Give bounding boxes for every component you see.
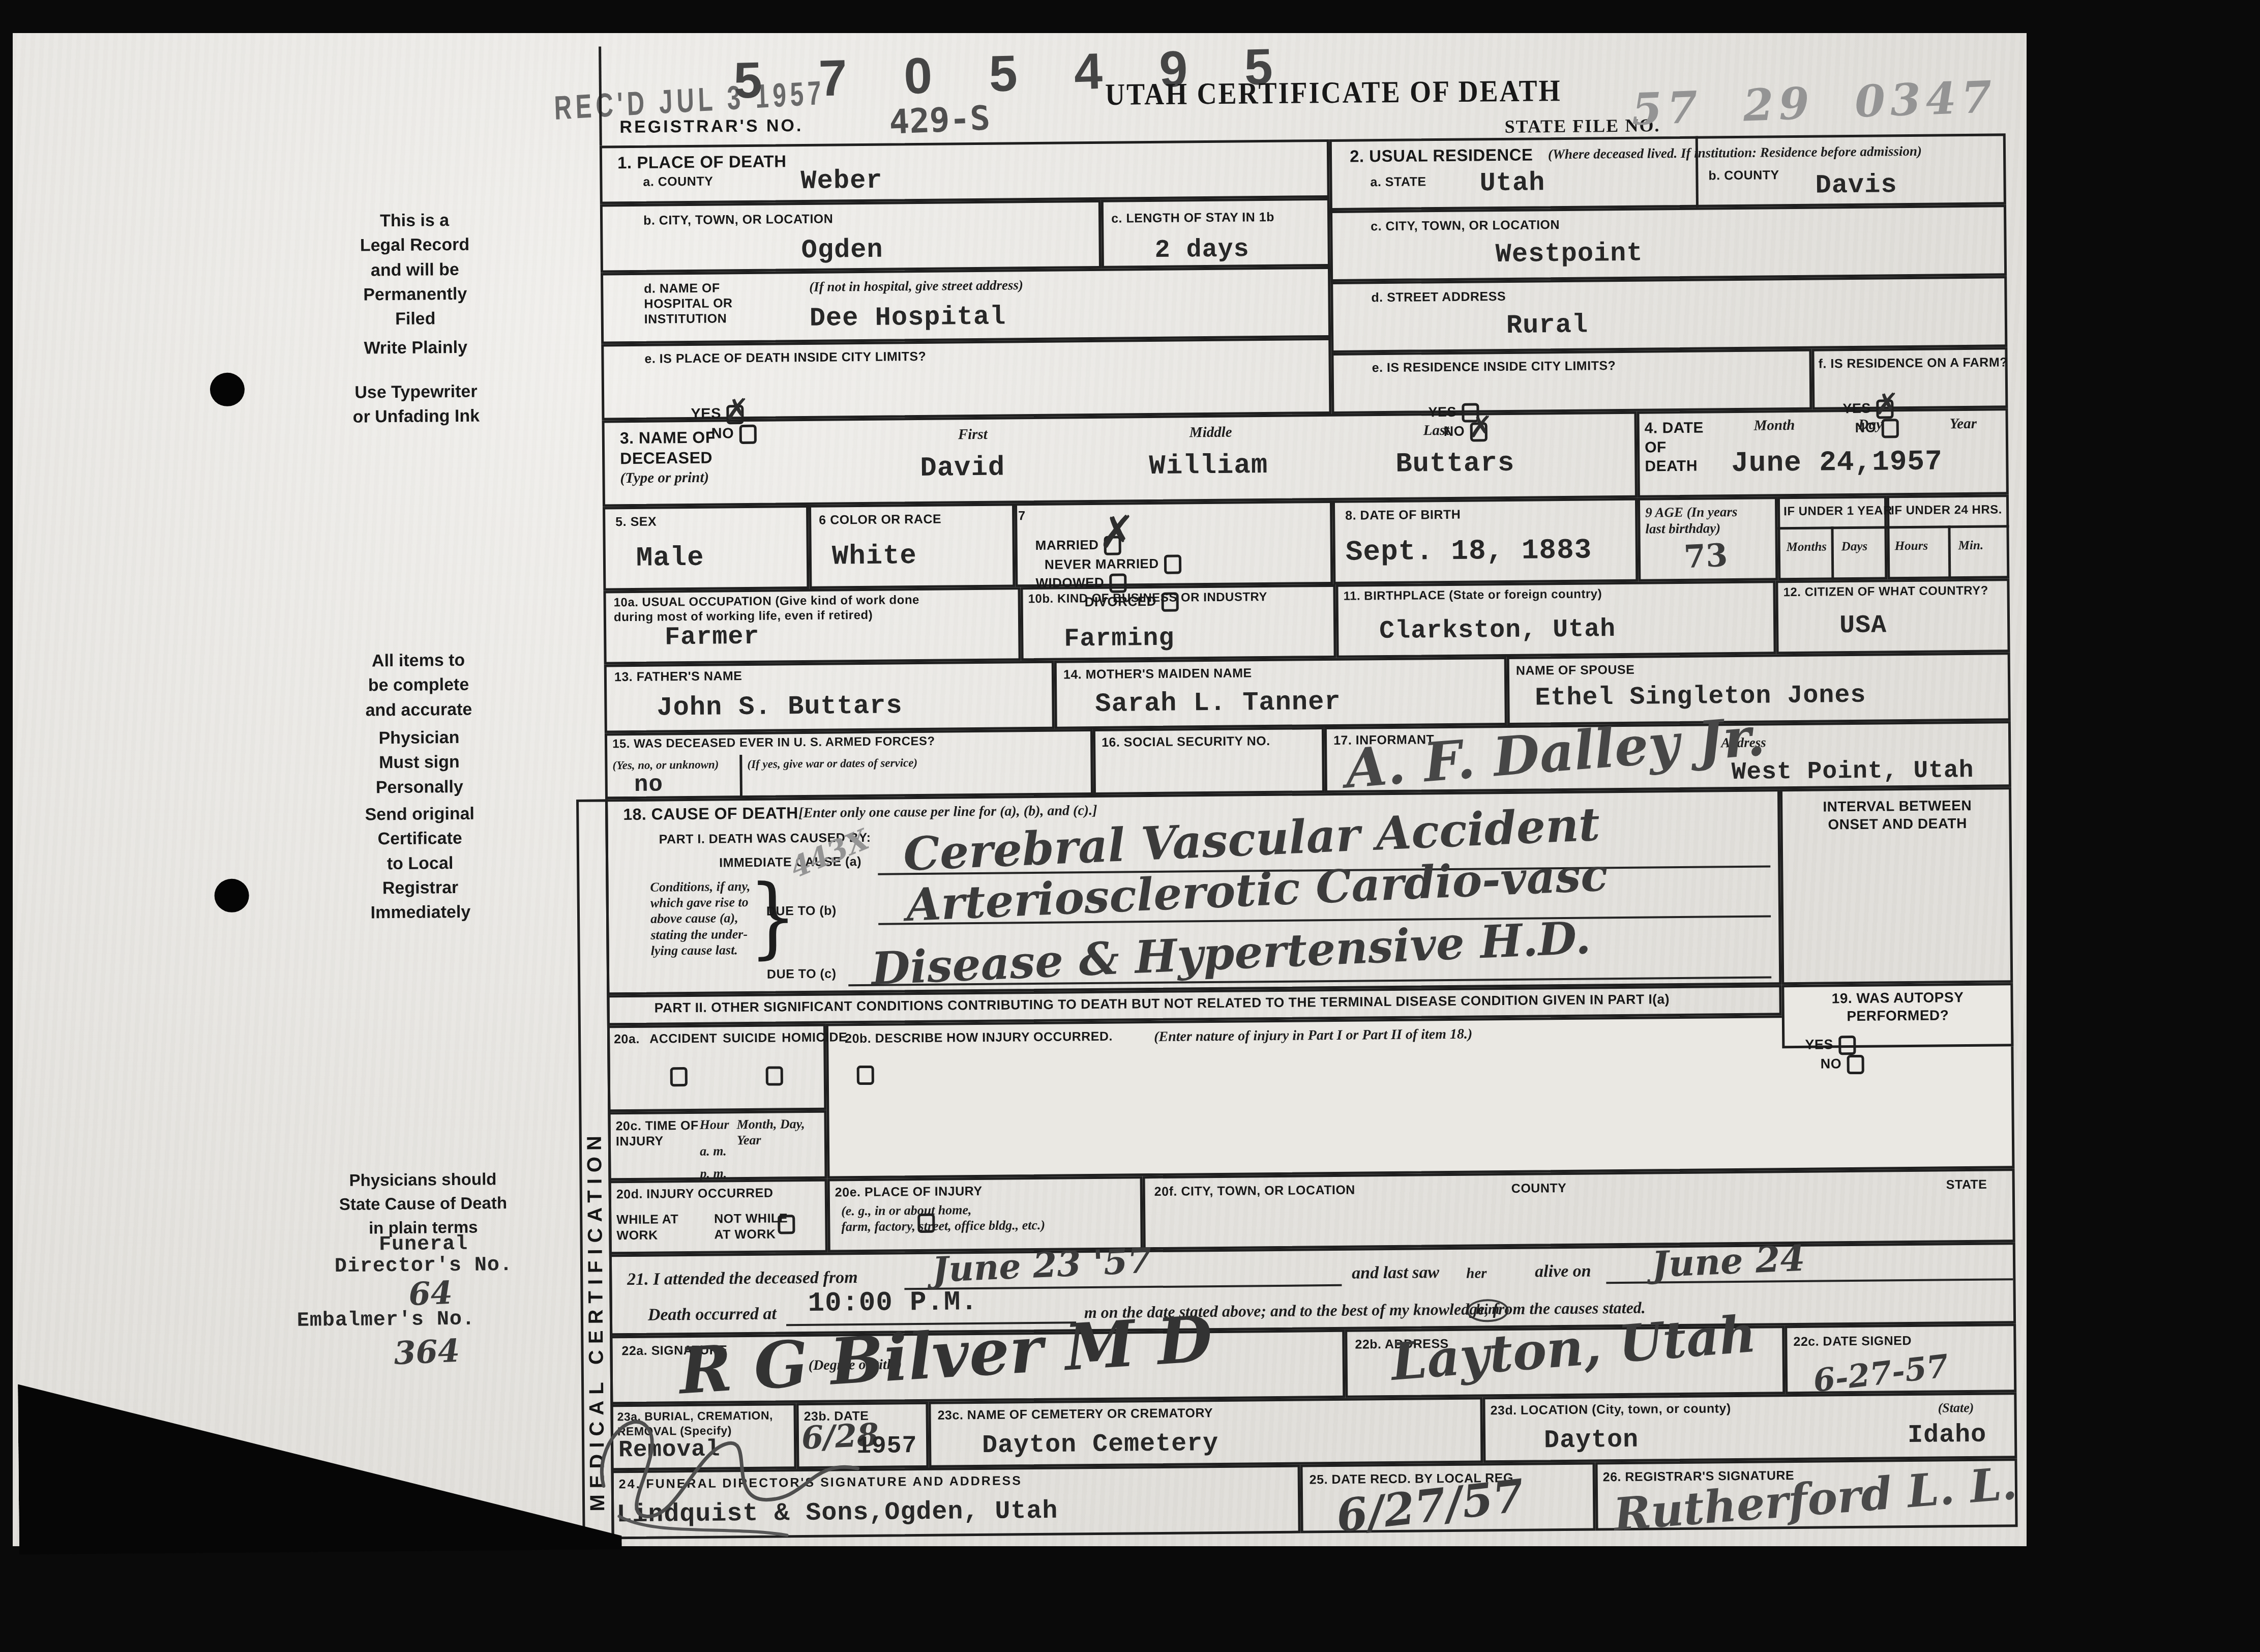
certificate-title: UTAH CERTIFICATE OF DEATH xyxy=(1105,73,1562,112)
deceased-title: 3. NAME OF DECEASED xyxy=(620,427,716,468)
business-label: 10b. KIND OF BUSINESS OR INDUSTRY xyxy=(1028,589,1313,607)
date-of-death-value: June 24,1957 xyxy=(1731,447,1943,478)
while-at-work-label: WHILE AT WORK xyxy=(616,1212,679,1244)
residence-city-label: c. CITY, TOWN, OR LOCATION xyxy=(1371,217,1560,234)
under-1-year-label: IF UNDER 1 YEAR xyxy=(1783,503,1892,519)
describe-injury-label: 20b. DESCRIBE HOW INJURY OCCURRED. xyxy=(845,1029,1113,1047)
accident-checkbox xyxy=(670,1067,688,1086)
ssn-label: 16. SOCIAL SECURITY NO. xyxy=(1102,733,1270,750)
punch-hole xyxy=(214,879,249,913)
citizen-label: 12. CITIZEN OF WHAT COUNTRY? xyxy=(1783,583,2002,600)
last-seen-value: June 24 xyxy=(1651,1242,1806,1282)
business-value: Farming xyxy=(1064,626,1174,653)
middle-name-value: William xyxy=(1149,452,1268,482)
last-name-label: Last xyxy=(1423,422,1450,439)
date-signed-label: 22c. DATE SIGNED xyxy=(1793,1333,1912,1349)
mother-label: 14. MOTHER'S MAIDEN NAME xyxy=(1063,665,1252,682)
mother-value: Sarah L. Tanner xyxy=(1095,689,1341,719)
place-of-death-title: 1. PLACE OF DEATH xyxy=(617,151,787,173)
margin-note-legal-record: This is a Legal Record and will be Perma… xyxy=(252,207,578,333)
header-left-rule xyxy=(599,46,602,145)
day-label: Day xyxy=(1858,416,1883,433)
yes-label: YES xyxy=(1428,404,1456,420)
residence-title: 2. USUAL RESIDENCE xyxy=(1350,144,1533,166)
suicide-checkbox xyxy=(766,1066,783,1085)
age-value: 73 xyxy=(1683,541,1729,573)
cell-residence-city xyxy=(1330,204,2007,282)
interval-label: INTERVAL BETWEEN ONSET AND DEATH xyxy=(1797,796,1998,834)
due-to-b-label: DUE TO (b) xyxy=(766,903,837,919)
margin-note-plain-terms: Physicians should State Cause of Death i… xyxy=(260,1167,586,1241)
yes-label: YES xyxy=(1805,1037,1833,1052)
funeral-directors-no-value: 64 xyxy=(408,1278,453,1310)
homicide-label: HOMICIDE xyxy=(782,1029,847,1046)
injury-20a-number: 20a. xyxy=(614,1031,640,1047)
year-label: Year xyxy=(1950,415,1977,433)
street-address-label: d. STREET ADDRESS xyxy=(1371,289,1506,305)
cemetery-location-label: 23d. LOCATION (City, town, or county) xyxy=(1490,1401,1731,1418)
her-label: her xyxy=(1466,1265,1487,1282)
embalmers-no-label: Embalmer's No. xyxy=(297,1309,475,1332)
yes-checkbox: ✗ xyxy=(726,405,744,424)
no-checkbox xyxy=(739,425,756,444)
date-of-birth-label: 8. DATE OF BIRTH xyxy=(1345,507,1461,523)
cemetery-value: Dayton Cemetery xyxy=(982,1431,1219,1460)
cemetery-state-note: (State) xyxy=(1938,1400,1974,1416)
hospital-value: Dee Hospital xyxy=(810,304,1006,333)
attended-text-1: 21. I attended the deceased from xyxy=(627,1267,858,1290)
residence-county-label: b. COUNTY xyxy=(1708,167,1779,183)
under-24-hrs-label: IF UNDER 24 HRS. xyxy=(1891,502,2002,518)
first-name-label: First xyxy=(958,426,988,444)
cemetery-state-value: Idaho xyxy=(1908,1422,1986,1450)
margin-note-write-plainly: Write Plainly xyxy=(253,334,578,362)
embalmers-no-value: 364 xyxy=(393,1336,460,1369)
race-label: 6 COLOR OR RACE xyxy=(819,511,971,528)
pm-label: p. m. xyxy=(700,1165,727,1182)
funeral-director-handwritten-signature xyxy=(572,1381,899,1552)
injury-state-label: STATE xyxy=(1946,1177,1987,1193)
autopsy-choices: YES NO xyxy=(1805,1018,1869,1075)
residence-limits-label: e. IS RESIDENCE INSIDE CITY LIMITS? xyxy=(1372,358,1616,375)
age-subgrid-rule xyxy=(1948,525,1951,579)
month-day-year-label: Month, Day, Year xyxy=(736,1116,823,1148)
sex-value: Male xyxy=(636,544,704,574)
check-mark: ✗ xyxy=(725,392,750,427)
injury-city-label: 20f. CITY, TOWN, OR LOCATION xyxy=(1154,1183,1355,1199)
attended-text-3: alive on xyxy=(1535,1261,1591,1283)
date-of-death-label: 4. DATE OF DEATH xyxy=(1645,419,1704,477)
check-mark: ✗ xyxy=(1468,409,1494,444)
occupation-value: Farmer xyxy=(665,624,759,652)
place-city-label: b. CITY, TOWN, OR LOCATION xyxy=(643,211,833,228)
informant-address-value: West Point, Utah xyxy=(1731,758,1974,786)
conditions-note: Conditions, if any, which gave rise to a… xyxy=(650,878,751,959)
widowed-label: WIDOWED xyxy=(1035,574,1104,590)
spouse-label: NAME OF SPOUSE xyxy=(1516,662,1635,678)
armed-forces-inner-rule xyxy=(739,755,742,798)
registrars-no-value: 429-S xyxy=(888,102,991,138)
armed-forces-note1: (Yes, no, or unknown) xyxy=(612,757,719,772)
place-county-value: Weber xyxy=(800,167,883,196)
cemetery-city-value: Dayton xyxy=(1544,1427,1639,1455)
widowed-checkbox xyxy=(1109,573,1126,593)
armed-forces-label: 15. WAS DECEASED EVER IN U. S. ARMED FOR… xyxy=(612,734,935,752)
married-checkbox: ✗ xyxy=(1104,536,1121,555)
accident-label: ACCIDENT xyxy=(649,1031,717,1047)
hours-label: Hours xyxy=(1895,539,1928,554)
due-to-c-label: DUE TO (c) xyxy=(767,966,837,982)
attended-from-value: June 23 '57 xyxy=(932,1245,1152,1287)
marital-number: 7 xyxy=(1018,508,1026,523)
length-of-stay-value: 2 days xyxy=(1154,237,1249,264)
first-name-value: David xyxy=(920,454,1005,484)
injury-county-label: COUNTY xyxy=(1511,1181,1567,1196)
last-name-value: Buttars xyxy=(1395,450,1514,480)
street-address-value: Rural xyxy=(1506,312,1589,340)
no-label: NO xyxy=(1821,1056,1842,1071)
yes-label: YES xyxy=(1842,400,1871,416)
deceased-note: (Type or print) xyxy=(620,469,709,487)
no-checkbox xyxy=(1847,1055,1864,1074)
am-label: a. m. xyxy=(700,1143,727,1159)
certificate-paper: This is a Legal Record and will be Perma… xyxy=(13,33,2027,1546)
injury-occurred-label: 20d. INJURY OCCURRED xyxy=(616,1186,774,1202)
certificate-content: This is a Legal Record and will be Perma… xyxy=(6,24,2033,1554)
describe-injury-note: (Enter nature of injury in Part I or Par… xyxy=(1154,1026,1472,1046)
cell-street-address xyxy=(1330,276,2007,353)
hospital-note: (If not in hospital, give street address… xyxy=(809,277,1023,295)
margin-note-physician-sign: Physician Must sign Personally xyxy=(256,724,582,801)
cause-bracket-note: [Enter only one cause per line for (a), … xyxy=(798,802,1097,822)
margin-note-typewriter: Use Typewriter or Unfading Ink xyxy=(253,378,579,430)
time-of-injury-label: 20c. TIME OF INJURY xyxy=(616,1118,699,1149)
hospital-label: d. NAME OF HOSPITAL OR INSTITUTION xyxy=(644,280,733,327)
cell-injury-location xyxy=(1143,1168,2015,1250)
punch-hole xyxy=(210,373,245,407)
no-checkbox: ✗ xyxy=(1470,422,1487,441)
residence-county-value: Davis xyxy=(1815,171,1897,200)
state-file-no-value: 57 29 0347 xyxy=(1631,76,1998,131)
middle-name-label: Middle xyxy=(1190,424,1232,442)
length-of-stay-label: c. LENGTH OF STAY IN 1b xyxy=(1111,210,1274,226)
months-label: Months xyxy=(1787,539,1827,555)
minutes-label: Min. xyxy=(1958,538,1984,553)
age-subgrid-rule xyxy=(1831,526,1834,580)
place-of-injury-note: (e. g., in or about home, farm, factory,… xyxy=(841,1201,1045,1235)
race-value: White xyxy=(832,542,917,572)
spouse-value: Ethel Singleton Jones xyxy=(1535,683,1866,712)
death-occurred-text: Death occurred at xyxy=(648,1304,777,1326)
place-limits-label: e. IS PLACE OF DEATH INSIDE CITY LIMITS? xyxy=(644,349,926,367)
place-city-value: Ogden xyxy=(801,237,883,265)
residence-state-label: a. STATE xyxy=(1370,174,1426,190)
father-label: 13. FATHER'S NAME xyxy=(614,668,742,685)
suicide-label: SUICIDE xyxy=(723,1030,776,1047)
margin-note-send-original: Send original Certificate to Local Regis… xyxy=(257,801,583,926)
place-of-injury-label: 20e. PLACE OF INJURY xyxy=(835,1184,983,1200)
yes-label: YES xyxy=(691,406,721,423)
margin-note-complete: All items to be complete and accurate xyxy=(255,647,581,723)
cemetery-label: 23c. NAME OF CEMETERY OR CREMATORY xyxy=(937,1405,1213,1423)
hour-label: Hour xyxy=(699,1116,729,1133)
no-checkbox xyxy=(1881,419,1898,438)
death-time-value: 10:00 P.M. xyxy=(808,1288,978,1319)
armed-forces-value: no xyxy=(634,772,664,797)
farm-label: f. IS RESIDENCE ON A FARM? xyxy=(1819,355,2008,371)
armed-forces-note2: (If yes, give war or dates of service) xyxy=(747,756,917,772)
days-label: Days xyxy=(1841,539,1868,554)
place-county-label: a. COUNTY xyxy=(643,174,713,190)
homicide-checkbox xyxy=(857,1066,874,1085)
citizen-value: USA xyxy=(1839,612,1887,639)
age-label: 9 AGE (In years last birthday) xyxy=(1645,504,1738,537)
birthplace-value: Clarkston, Utah xyxy=(1379,616,1616,645)
attended-text-2: and last saw xyxy=(1352,1262,1439,1284)
yes-checkbox xyxy=(1838,1036,1856,1055)
date-of-birth-value: Sept. 18, 1883 xyxy=(1346,535,1592,567)
residence-state-value: Utah xyxy=(1479,169,1545,198)
cause-of-death-title: 18. CAUSE OF DEATH xyxy=(623,803,798,824)
not-while-at-work-label: NOT WHILE AT WORK xyxy=(714,1211,788,1243)
scan-edge-shadow xyxy=(18,1379,622,1554)
check-mark: ✗ xyxy=(1098,506,1136,558)
residence-city-value: Westpoint xyxy=(1496,240,1643,269)
funeral-directors-no-label: Funeral Director's No. xyxy=(306,1233,541,1278)
registrars-no-label: REGISTRAR'S NO. xyxy=(619,115,803,138)
sex-label: 5. SEX xyxy=(615,514,657,530)
month-label: Month xyxy=(1754,417,1795,434)
married-label: MARRIED xyxy=(1035,537,1099,552)
father-value: John S. Buttars xyxy=(657,692,903,722)
occupation-label: 10a. USUAL OCCUPATION (Give kind of work… xyxy=(614,593,920,625)
